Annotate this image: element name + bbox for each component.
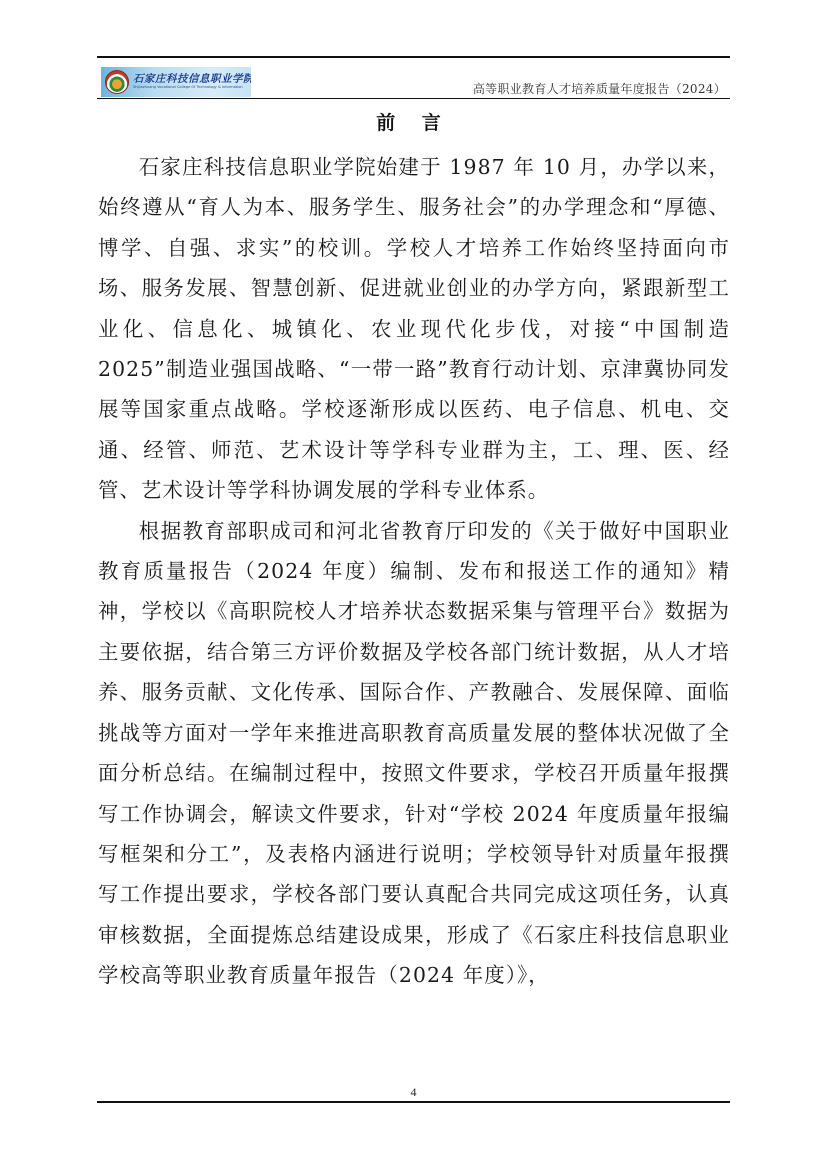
- school-logo: 石家庄科技信息职业学院 Shijiazhuang Vocational Coll…: [101, 67, 251, 97]
- header-top-rule: [97, 56, 730, 58]
- page-title: 前 言: [0, 108, 827, 135]
- school-emblem-icon: [105, 70, 129, 94]
- running-header-title: 高等职业教育人才培养质量年度报告（2024）: [473, 80, 726, 97]
- logo-name-cn: 石家庄科技信息职业学院: [133, 74, 251, 85]
- document-body: 石家庄科技信息职业学院始建于 1987 年 10 月，办学以来，始终遵从“育人为…: [98, 147, 730, 996]
- logo-text: 石家庄科技信息职业学院 Shijiazhuang Vocational Coll…: [133, 74, 251, 90]
- page-number: 4: [0, 1085, 827, 1100]
- paragraph: 石家庄科技信息职业学院始建于 1987 年 10 月，办学以来，始终遵从“育人为…: [98, 147, 730, 511]
- header-bottom-rule: [97, 98, 730, 99]
- footer-rule: [97, 1101, 730, 1103]
- paragraph: 根据教育部职成司和河北省教育厅印发的《关于做好中国职业教育质量报告（2024 年…: [98, 511, 730, 996]
- logo-name-en: Shijiazhuang Vocational College Of Techn…: [133, 86, 251, 90]
